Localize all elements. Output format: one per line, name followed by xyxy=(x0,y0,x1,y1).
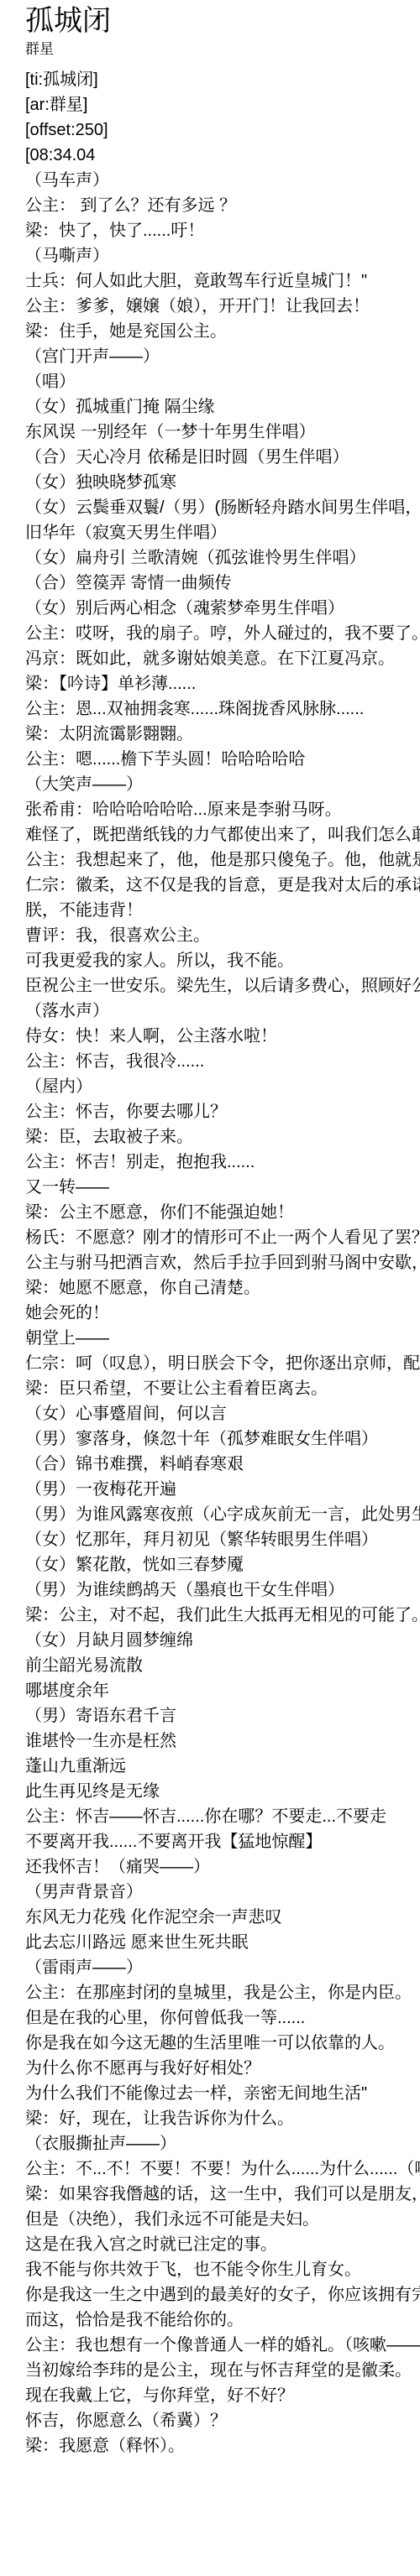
lyrics-page: 孤城闭 群星 [ti:孤城闭][ar:群星][offset:250][08:34… xyxy=(0,0,420,2576)
lyric-line: 难怪了，既把凿纸钱的力气都使出来了，叫我们怎么敢 xyxy=(25,822,420,847)
page-title: 孤城闭 xyxy=(25,3,420,39)
lyric-line: 梁：她愿不愿意，你自己清楚。 xyxy=(25,1275,420,1301)
lyric-line: （马车声） xyxy=(25,168,420,193)
lyric-line: [08:34.04 xyxy=(25,143,420,168)
lyric-line: 公主：我想起来了，他，他是那只傻兔子。他，他就是 xyxy=(25,847,420,873)
lyric-line: （女）忆那年，拜月初见（繁华转眼男生伴唱） xyxy=(25,1527,420,1552)
lyric-line: 可我更爱我的家人。所以，我不能。 xyxy=(25,948,420,973)
lyric-line: （女）心事蹙眉间，何以言 xyxy=(25,1401,420,1426)
lyric-line: （唱） xyxy=(25,369,420,394)
lyric-line: 梁：如果容我僭越的话，这一生中，我们可以是朋友， xyxy=(25,2182,420,2207)
lyric-line: （落水声） xyxy=(25,999,420,1024)
lyric-line: （男）一夜梅花开遍 xyxy=(25,1477,420,1502)
lyric-line: （宫门开声——） xyxy=(25,344,420,369)
lyric-line: 朝堂上—— xyxy=(25,1326,420,1351)
lyric-line: 冯京：既如此，就多谢姑娘美意。在下江夏冯京。 xyxy=(25,646,420,671)
lyric-line: （雷雨声——） xyxy=(25,1955,420,1980)
lyric-line: 公主：嗯......檐下芋头圆！哈哈哈哈哈 xyxy=(25,747,420,772)
lyric-line: 还我怀吉！（痛哭——） xyxy=(25,1854,420,1880)
lyric-line: 东风无力花残 化作泥空余一声悲叹 xyxy=(25,1905,420,1930)
lyric-line: 梁：【吟诗】单衫薄...... xyxy=(25,671,420,696)
lyric-line: 当初嫁给李玮的是公主，现在与怀吉拜堂的是徽柔。 xyxy=(25,2358,420,2383)
lyric-line: 此生再见终是无缘 xyxy=(25,1779,420,1804)
lyric-line: 梁：住手，她是兖国公主。 xyxy=(25,319,420,344)
lyric-line: 公主与驸马把酒言欢，然后手拉手回到驸马阁中安歇， xyxy=(25,1250,420,1275)
lyric-line: 前尘韶光易流散 xyxy=(25,1653,420,1678)
lyric-line: （女）别后两心相念（魂萦梦牵男生伴唱） xyxy=(25,596,420,621)
lyric-line: 又一转—— xyxy=(25,1175,420,1200)
lyric-line: 但是在我的心里，你何曾低我一等...... xyxy=(25,2005,420,2031)
lyric-line: 不要离开我......不要离开我【猛地惊醒】 xyxy=(25,1829,420,1854)
lyric-line: 公主： 到了么？还有多远 ？ xyxy=(25,193,420,218)
lyric-line: （合）箜篌弄 寄情一曲频传 xyxy=(25,571,420,596)
lyric-line: 公主：爹爹，嬢嬢（娘），开开门！让我回去！ xyxy=(25,294,420,319)
lyric-line: 梁：我愿意（释怀）。 xyxy=(25,2433,420,2459)
lyric-line: 公主：我也想有一个像普通人一样的婚礼。（咳嗽—— xyxy=(25,2333,420,2358)
lyric-line: 公主：怀吉！别走，抱抱我...... xyxy=(25,1150,420,1175)
lyric-line: （合）锦书难撰，料峭春寒艰 xyxy=(25,1452,420,1477)
lyric-line: 公主：哎呀，我的扇子。哼，外人碰过的，我不要了。 xyxy=(25,621,420,646)
lyric-line: 谁堪怜一生亦是枉然 xyxy=(25,1729,420,1754)
lyric-line: 蓬山九重渐远 xyxy=(25,1754,420,1779)
lyric-line: 现在我戴上它，与你拜堂，好不好？ xyxy=(25,2383,420,2408)
lyrics-text: [ti:孤城闭][ar:群星][offset:250][08:34.04（马车声… xyxy=(25,67,420,2459)
lyric-line: 她会死的！ xyxy=(25,1301,420,1326)
lyric-line: （马嘶声） xyxy=(25,243,420,269)
lyric-line: 仁宗：呵（叹息），明日朕会下令，把你逐出京师，配 xyxy=(25,1351,420,1376)
lyric-line: 梁：公主，对不起，我们此生大抵再无相见的可能了。 xyxy=(25,1603,420,1628)
lyric-line: 怀吉，你愿意么（希冀）？ xyxy=(25,2408,420,2433)
lyric-line: （女）月缺月圆梦缠绵 xyxy=(25,1628,420,1653)
lyric-line: （女）繁花散，恍如三春梦魇 xyxy=(25,1552,420,1577)
lyric-line: [ti:孤城闭] xyxy=(25,67,420,92)
lyric-line: 此去忘川路远 愿来世生死共眠 xyxy=(25,1930,420,1955)
lyric-line: 公主：不...不！不要！不要！为什么......为什么......（嚎 xyxy=(25,2156,420,2182)
lyric-line: 梁：臣只希望，不要让公主看着臣离去。 xyxy=(25,1376,420,1401)
artist-name: 群星 xyxy=(25,39,420,60)
lyric-line: 而这，恰恰是我不能给你的。 xyxy=(25,2307,420,2333)
lyric-line: 我不能与你共效于飞，也不能令你生儿育女。 xyxy=(25,2257,420,2282)
lyric-line: （女）独映晓梦孤寒 xyxy=(25,470,420,495)
lyric-line: 为什么我们不能像过去一样，亲密无间地生活" xyxy=(25,2081,420,2106)
lyric-line: （男声背景音） xyxy=(25,1880,420,1905)
lyric-line: 梁：快了，快了......吁！ xyxy=(25,218,420,243)
lyric-line: （合）天心冷月 依稀是旧时圆（男生伴唱） xyxy=(25,445,420,470)
lyric-line: 仁宗：徽柔，这不仅是我的旨意，更是我对太后的承诺 xyxy=(25,873,420,898)
lyric-line: 东风误 一别经年（一梦十年男生伴唱） xyxy=(25,420,420,445)
lyric-line: 张希甫：哈哈哈哈哈哈...原来是李驸马呀。 xyxy=(25,797,420,822)
lyric-line: 朕，不能违背！ xyxy=(25,898,420,923)
lyric-line: 梁：臣，去取被子来。 xyxy=(25,1124,420,1150)
lyric-line: 梁：公主不愿意，你们不能强迫她！ xyxy=(25,1200,420,1225)
lyric-line: 旧华年（寂寞天男生伴唱） xyxy=(25,520,420,545)
lyric-line: 公主：恩...双袖拥衾寒......珠阁拢香风脉脉...... xyxy=(25,696,420,722)
lyric-line: 你是我在如今这无趣的生活里唯一可以依靠的人。 xyxy=(25,2031,420,2056)
lyric-line: 梁：好，现在，让我告诉你为什么。 xyxy=(25,2106,420,2131)
lyric-line: 公主：怀吉——怀吉......你在哪？不要走...不要走 xyxy=(25,1804,420,1829)
lyric-line: （男）寥落身，倏忽十年（孤梦难眠女生伴唱） xyxy=(25,1426,420,1452)
lyric-line: 但是（决绝），我们永远不可能是夫妇。 xyxy=(25,2207,420,2232)
lyric-line: [offset:250] xyxy=(25,117,420,143)
lyric-line: （大笑声——） xyxy=(25,772,420,797)
lyric-line: （女）云鬓垂双鬟/（男）(肠断轻舟踏水间男生伴唱， xyxy=(25,495,420,520)
lyric-line: 侍女：快！来人啊，公主落水啦！ xyxy=(25,1024,420,1049)
lyric-line: （屋内） xyxy=(25,1074,420,1099)
lyric-line: 为什么你不愿再与我好好相处？ xyxy=(25,2056,420,2081)
lyric-line: 臣祝公主一世安乐。梁先生，以后请多费心，照顾好公 xyxy=(25,973,420,999)
lyric-line: 杨氏：不愿意？刚才的情形可不止一两个人看见了罢？ xyxy=(25,1225,420,1250)
lyric-line: 这是在我入宫之时就已注定的事。 xyxy=(25,2232,420,2257)
lyric-line: （男）寄语东君千言 xyxy=(25,1703,420,1729)
lyric-line: （男）为谁续鹧鸪天（墨痕也干女生伴唱） xyxy=(25,1577,420,1603)
lyric-line: （衣服撕扯声——） xyxy=(25,2131,420,2156)
lyric-line: [ar:群星] xyxy=(25,92,420,117)
lyric-line: 公主：在那座封闭的皇城里，我是公主，你是内臣。 xyxy=(25,1980,420,2005)
lyric-line: 曹评：我，很喜欢公主。 xyxy=(25,923,420,948)
lyric-line: 你是我这一生之中遇到的最美好的女子，你应该拥有完 xyxy=(25,2282,420,2307)
lyrics-content: 孤城闭 群星 [ti:孤城闭][ar:群星][offset:250][08:34… xyxy=(0,0,420,2459)
lyric-line: （女）孤城重门掩 隔尘缘 xyxy=(25,394,420,420)
lyric-line: （女）扁舟引 兰歌清婉（孤弦谁怜男生伴唱） xyxy=(25,545,420,571)
lyric-line: 公主：怀吉，你要去哪儿？ xyxy=(25,1099,420,1124)
lyric-line: 梁：太阴流霭影翾翾。 xyxy=(25,722,420,747)
lyric-line: 公主：怀吉，我很冷...... xyxy=(25,1049,420,1074)
lyric-line: 士兵：何人如此大胆，竟敢驾车行近皇城门！" xyxy=(25,269,420,294)
lyric-line: 哪堪度余年 xyxy=(25,1678,420,1703)
lyric-line: （男）为谁风露寒夜煎（心字成灰前无一言，此处男生 xyxy=(25,1502,420,1527)
